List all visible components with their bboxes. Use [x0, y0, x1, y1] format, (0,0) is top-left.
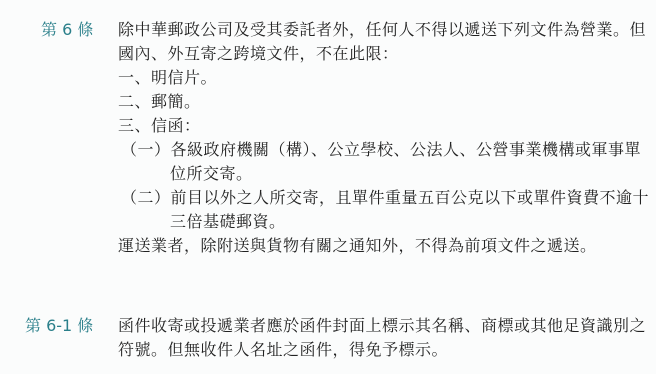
list-item: 三、信函：: [118, 114, 648, 138]
paragraph-line: 國內、外互寄之跨境文件，不在此限：: [118, 42, 648, 66]
article-body: 函件收寄或投遞業者應於函件封面上標示其名稱、商標或其他足資識別之 符號。但無收件…: [118, 314, 648, 362]
list-item: 二、郵簡。: [118, 90, 648, 114]
sub-list-item: （二）前目以外之人所交寄，且單件重量五百公克以下或單件資費不逾十: [118, 186, 648, 210]
paragraph-line: 函件收寄或投遞業者應於函件封面上標示其名稱、商標或其他足資識別之: [118, 314, 648, 338]
paragraph-line: 除中華郵政公司及受其委託者外，任何人不得以遞送下列文件為營業。但: [118, 18, 648, 42]
paragraph-line: 符號。但無收件人名址之函件，得免予標示。: [118, 338, 648, 362]
article-label: 第 6-1 條: [25, 314, 93, 338]
paragraph-line: 運送業者，除附送與貨物有關之通知外，不得為前項文件之遞送。: [118, 234, 648, 258]
sub-list-item-continuation: 三倍基礎郵資。: [118, 210, 648, 234]
sub-list-item: （一）各級政府機關（構）、公立學校、公法人、公營事業機構或軍事單: [118, 138, 648, 162]
article-body: 除中華郵政公司及受其委託者外，任何人不得以遞送下列文件為營業。但 國內、外互寄之…: [118, 18, 648, 258]
list-item: 一、明信片。: [118, 66, 648, 90]
sub-list-item-continuation: 位所交寄。: [118, 162, 648, 186]
article-label: 第 6 條: [41, 18, 93, 42]
